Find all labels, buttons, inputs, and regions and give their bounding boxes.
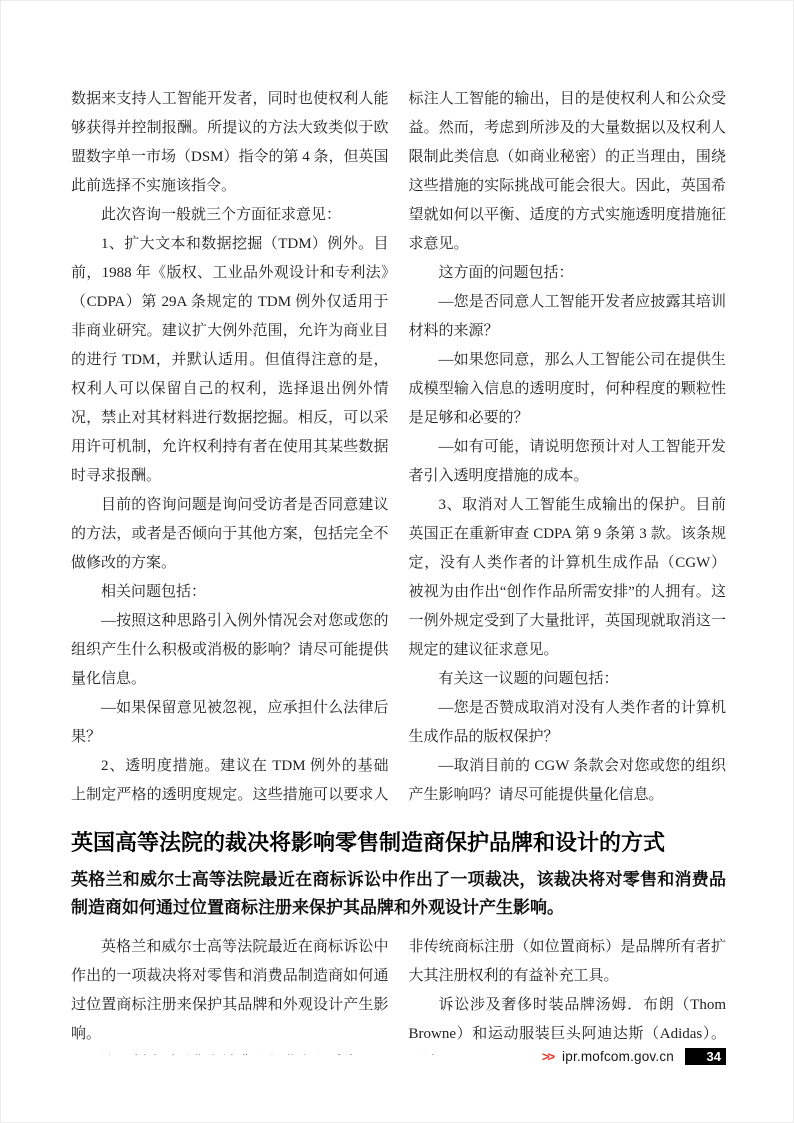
footer-site-url: ipr.mofcom.gov.cn xyxy=(562,1049,674,1064)
paragraph: 1、扩大文本和数据挖掘（TDM）例外。目前，1988 年《版权、工业品外观设计和… xyxy=(71,230,389,491)
paragraph: 此次咨询一般就三个方面征求意见： xyxy=(71,201,389,230)
article2-left-column: 英格兰和威尔士高等法院最近在商标诉讼中作出的一项裁决将对零售和消费品制造商如何通… xyxy=(71,933,389,1055)
paragraph: 3、取消对人工智能生成输出的保护。目前英国正在重新审查 CDPA 第 9 条第 … xyxy=(409,491,727,665)
paragraph: 相关问题包括： xyxy=(71,578,389,607)
paragraph: —如果您同意，那么人工智能公司在提供生成模型输入信息的透明度时，何种程度的颗粒性… xyxy=(409,346,727,433)
article-ai-copyright-consultation: 数据来支持人工智能开发者，同时也使权利人能够获得并控制报酬。所提议的方法大致类似… xyxy=(71,85,726,812)
paragraph: —如果保留意见被忽视，应承担什么法律后果？ xyxy=(71,694,389,752)
page-number-badge: 34 xyxy=(685,1048,726,1065)
paragraph: 2、透明度措施。建议在 TDM 例外的基础上制定严格的透明度规定。这些措施可以要… xyxy=(71,752,389,812)
article-title: 英国高等法院的裁决将影响零售制造商保护品牌和设计的方式 xyxy=(71,828,726,858)
paragraph: —您是否赞成取消对没有人类作者的计算机生成作品的版权保护？ xyxy=(409,694,727,752)
pdf-page: 数据来支持人工智能开发者，同时也使权利人能够获得并控制报酬。所提议的方法大致类似… xyxy=(0,0,794,1123)
paragraph: 有关这一议题的问题包括： xyxy=(409,665,727,694)
paragraph: —如有可能，请说明您预计对人工智能开发者引入透明度措施的成本。 xyxy=(409,433,727,491)
article1-right-column: 标注人工智能的输出，目的是使权利人和公众受益。然而，考虑到所涉及的大量数据以及权… xyxy=(409,85,727,812)
paragraph: 这方面的问题包括： xyxy=(409,259,727,288)
double-chevron-right-icon: >> xyxy=(542,1049,555,1064)
article1-columns: 数据来支持人工智能开发者，同时也使权利人能够获得并控制报酬。所提议的方法大致类似… xyxy=(71,85,726,812)
page-content: 数据来支持人工智能开发者，同时也使权利人能够获得并控制报酬。所提议的方法大致类似… xyxy=(1,1,793,1055)
article-lede: 英格兰和威尔士高等法院最近在商标诉讼中作出了一项裁决，该裁决将对零售和消费品制造… xyxy=(71,866,726,922)
article-uk-high-court-ruling: 英国高等法院的裁决将影响零售制造商保护品牌和设计的方式 英格兰和威尔士高等法院最… xyxy=(71,828,726,1055)
article2-right-column: 非传统商标注册（如位置商标）是品牌所有者扩大其注册权利的有益补充工具。 诉讼涉及… xyxy=(409,933,727,1055)
paragraph: 诉讼涉及奢侈时装品牌汤姆．布朗（Thom Browne）和运动服装巨头阿迪达斯（… xyxy=(409,991,727,1055)
paragraph: 目前的咨询问题是询问受访者是否同意建议的方法，或者是否倾向于其他方案，包括完全不… xyxy=(71,491,389,578)
article2-columns: 英格兰和威尔士高等法院最近在商标诉讼中作出的一项裁决将对零售和消费品制造商如何通… xyxy=(71,933,726,1055)
paragraph: —按照这种思路引入例外情况会对您或您的组织产生什么积极或消极的影响？请尽可能提供… xyxy=(71,607,389,694)
page-footer: >> ipr.mofcom.gov.cn 34 xyxy=(542,1048,726,1065)
paragraph: 标注人工智能的输出，目的是使权利人和公众受益。然而，考虑到所涉及的大量数据以及权… xyxy=(409,85,727,259)
paragraph: 这一判决对零售和消费品行业意义重大，因为 xyxy=(71,1049,389,1055)
paragraph: 英格兰和威尔士高等法院最近在商标诉讼中作出的一项裁决将对零售和消费品制造商如何通… xyxy=(71,933,389,1049)
paragraph: 非传统商标注册（如位置商标）是品牌所有者扩大其注册权利的有益补充工具。 xyxy=(409,933,727,991)
article1-left-column: 数据来支持人工智能开发者，同时也使权利人能够获得并控制报酬。所提议的方法大致类似… xyxy=(71,85,389,812)
source-credit: （编译自 jdsupra.com） xyxy=(409,810,727,812)
paragraph: 数据来支持人工智能开发者，同时也使权利人能够获得并控制报酬。所提议的方法大致类似… xyxy=(71,85,389,201)
paragraph: —您是否同意人工智能开发者应披露其培训材料的来源？ xyxy=(409,288,727,346)
paragraph: —取消目前的 CGW 条款会对您或您的组织产生影响吗？请尽可能提供量化信息。 xyxy=(409,752,727,810)
